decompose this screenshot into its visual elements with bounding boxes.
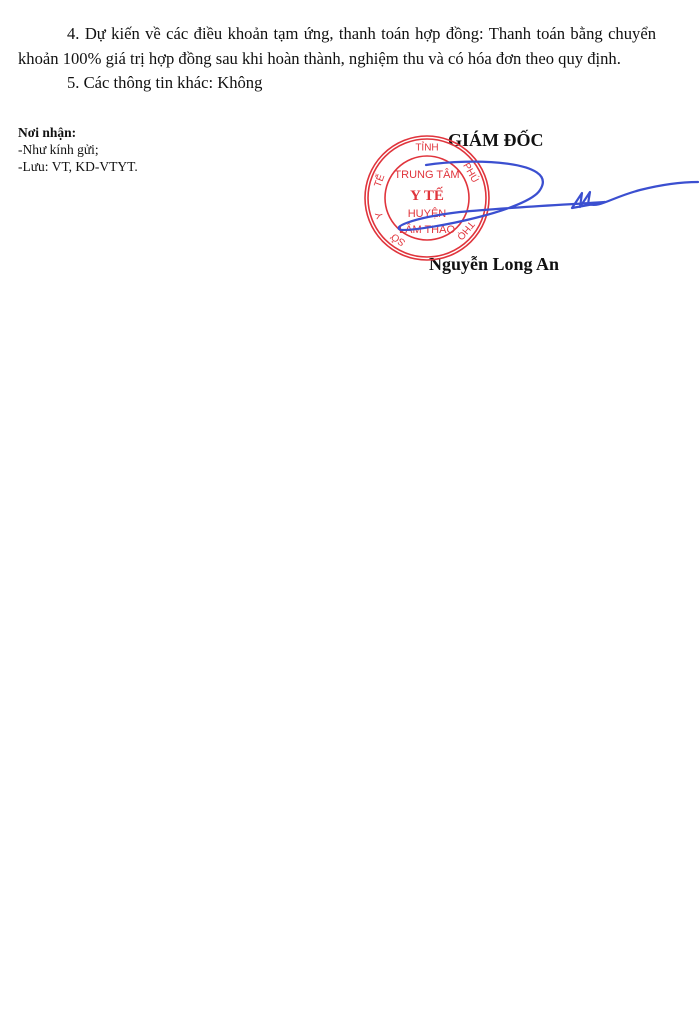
recipients-title: Nơi nhận: bbox=[18, 124, 138, 141]
recipient-item: -Lưu: VT, KD-VTYT. bbox=[18, 158, 138, 175]
svg-text:Y TẾ: Y TẾ bbox=[410, 187, 444, 204]
svg-text:Y: Y bbox=[374, 210, 387, 220]
recipients-block: Nơi nhận: -Như kính gửi; -Lưu: VT, KD-VT… bbox=[18, 124, 138, 175]
recipient-item: -Như kính gửi; bbox=[18, 141, 138, 158]
official-stamp-icon: SỞYTẾTỈNHPHÚTHỌ TRUNG TÂMY TẾHUYỆNLÂM TH… bbox=[360, 120, 700, 290]
document-body: 4. Dự kiến về các điều khoản tạm ứng, th… bbox=[18, 22, 656, 96]
signature-block: GIÁM ĐỐC SỞYTẾTỈNHPHÚTHỌ TRUNG TÂMY TẾHU… bbox=[360, 120, 700, 290]
paragraph-other-info: 5. Các thông tin khác: Không bbox=[18, 71, 656, 96]
svg-text:TRUNG TÂM: TRUNG TÂM bbox=[394, 168, 459, 181]
paragraph-payment-terms: 4. Dự kiến về các điều khoản tạm ứng, th… bbox=[18, 22, 656, 71]
svg-text:TỈNH: TỈNH bbox=[415, 141, 438, 154]
